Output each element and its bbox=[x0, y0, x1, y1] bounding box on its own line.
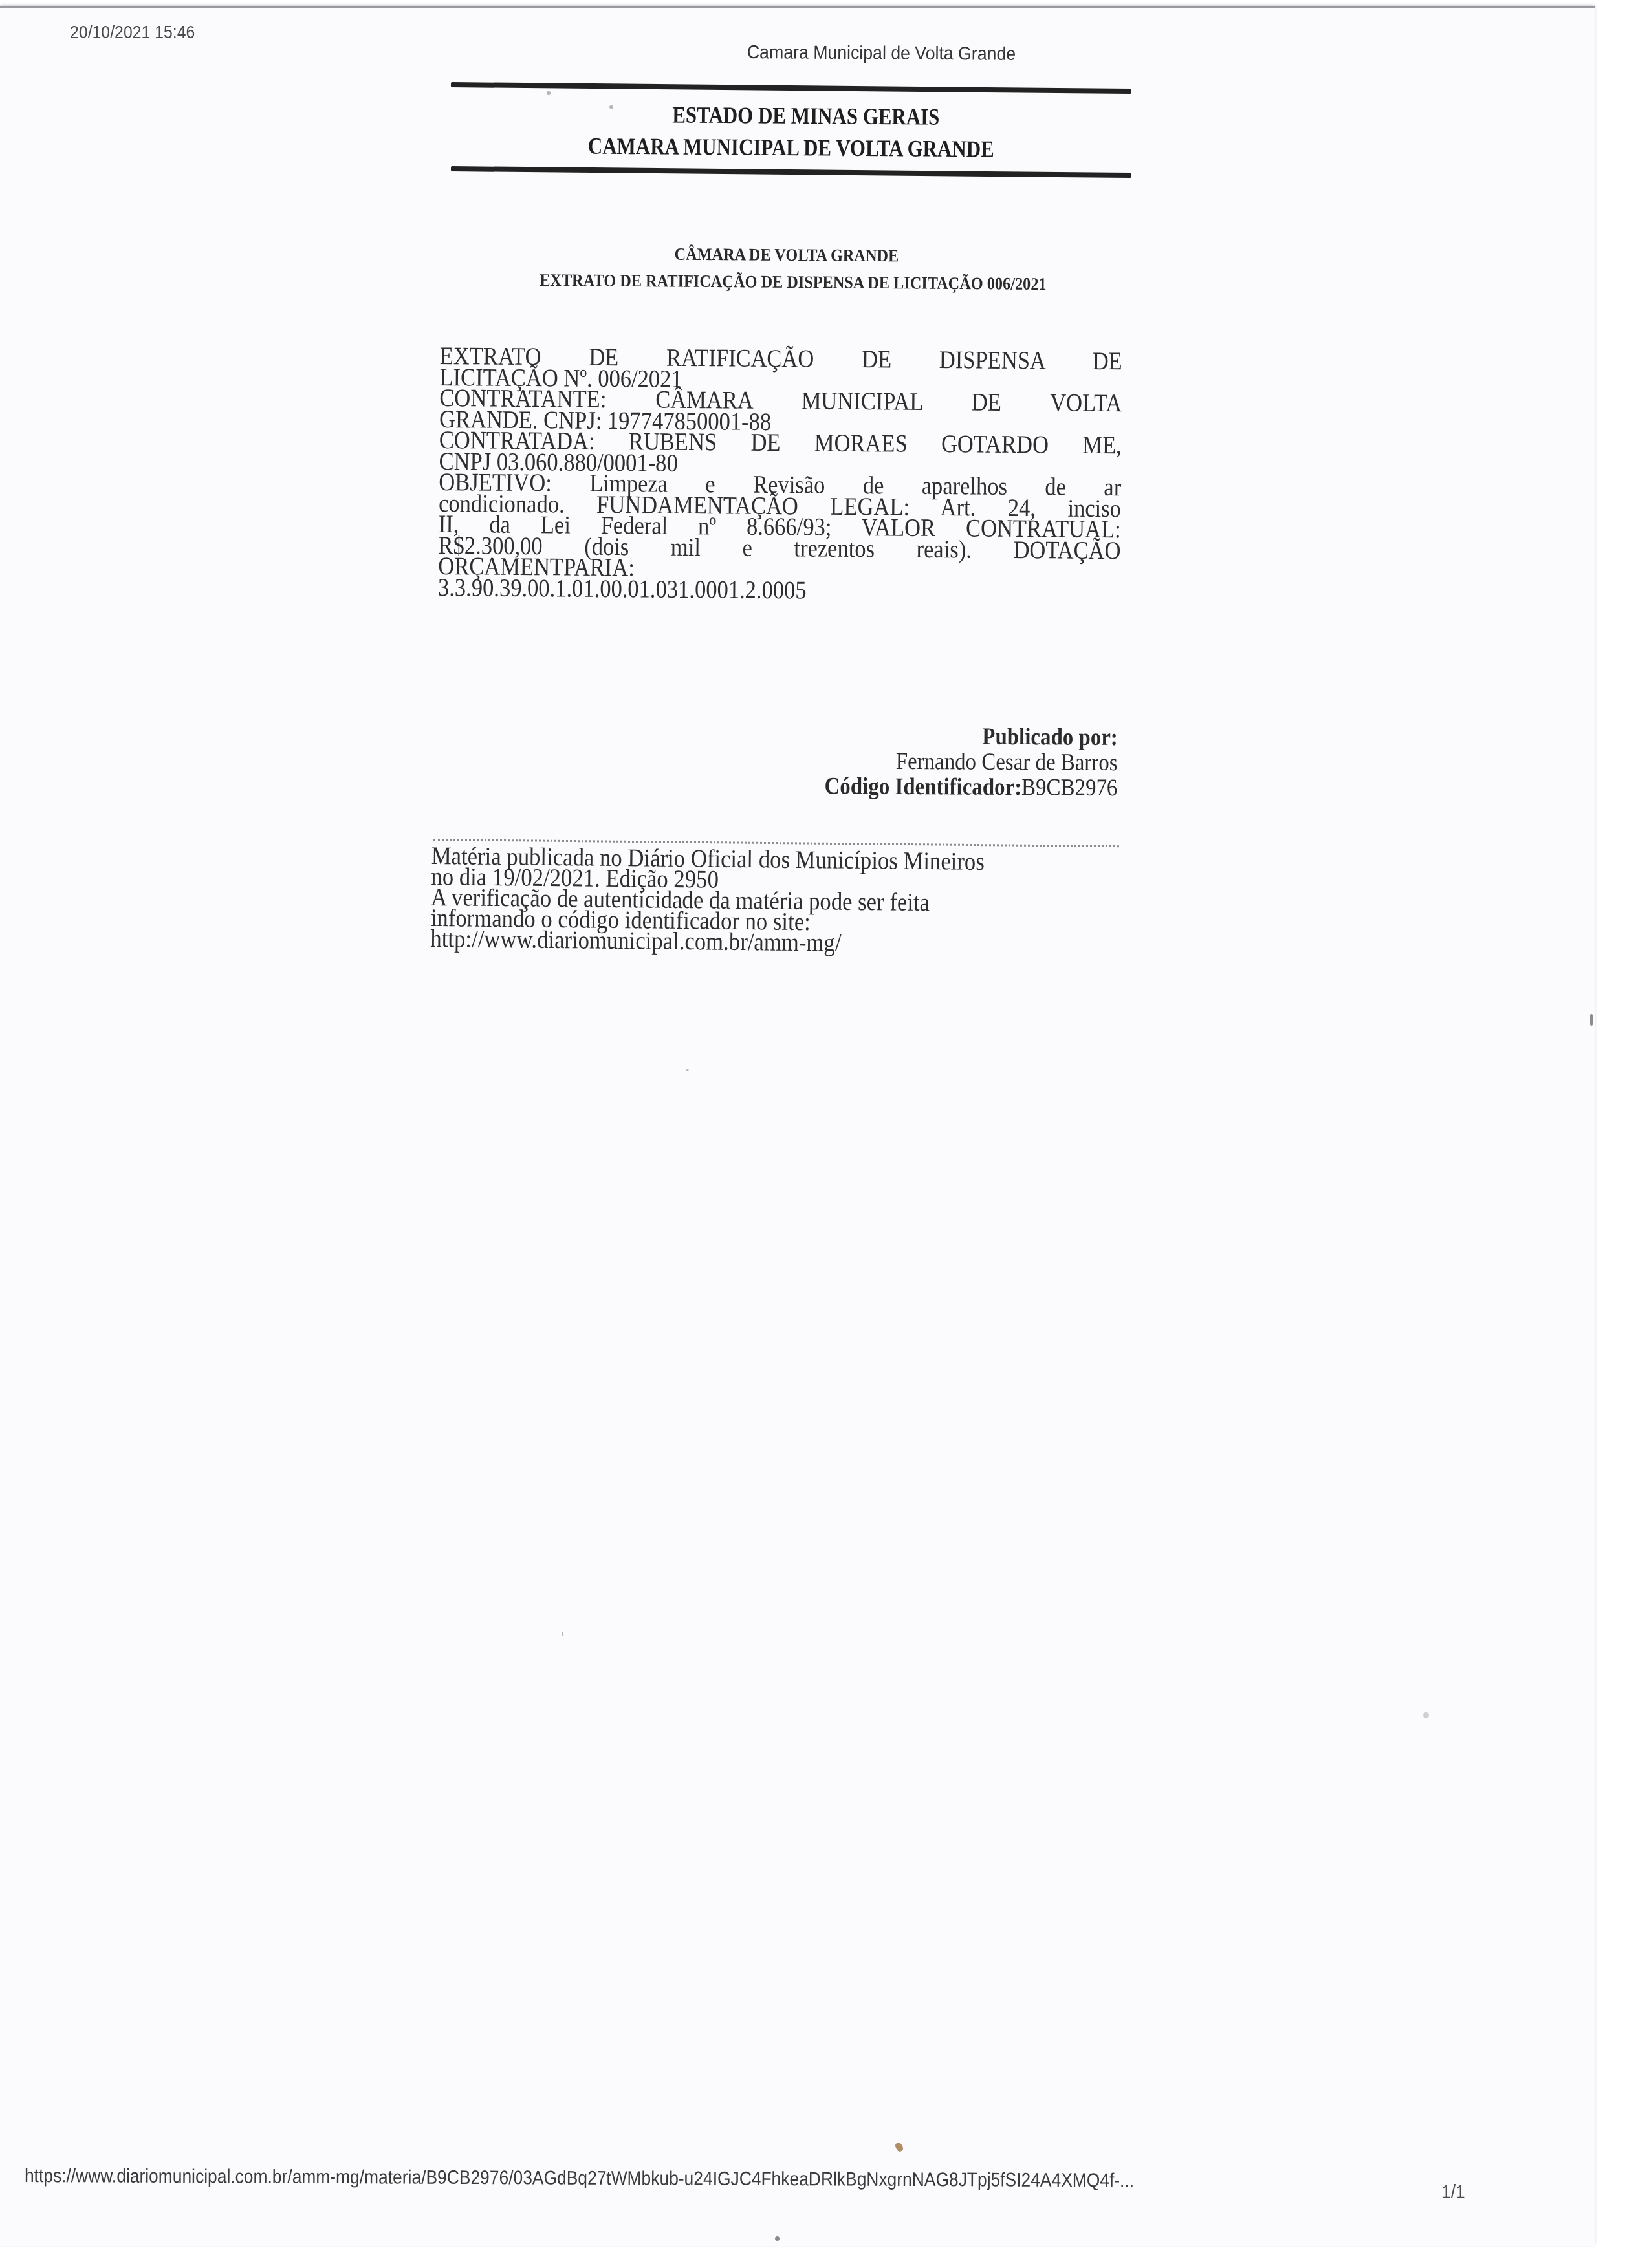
document-heading-entity: CÂMARA DE VOLTA GRANDE bbox=[480, 244, 1093, 266]
identifier-code-label: Código Identificador: bbox=[824, 773, 1021, 801]
document-heading-title: EXTRATO DE RATIFICAÇÃO DE DISPENSA DE LI… bbox=[486, 271, 1099, 293]
print-header-site-title: Camara Municipal de Volta Grande bbox=[747, 42, 1016, 65]
signature-block: Publicado por: Fernando Cesar de Barros … bbox=[756, 723, 1118, 801]
masthead-chamber: CAMARA MUNICIPAL DE VOLTA GRANDE bbox=[498, 133, 1084, 161]
scanned-page: 20/10/2021 15:46 Camara Municipal de Vol… bbox=[0, 6, 1595, 2246]
published-by-label: Publicado por: bbox=[756, 723, 1118, 750]
body-line: 3.3.90.39.00.1.01.00.01.031.0001.2.0005 bbox=[438, 577, 1120, 603]
publication-note: Matéria publicada no Diário Oficial dos … bbox=[430, 846, 1122, 956]
identifier-code: Código Identificador:B9CB2976 bbox=[756, 773, 1117, 801]
scan-speck bbox=[686, 1069, 689, 1071]
scan-speck bbox=[562, 1632, 563, 1636]
document-body: EXTRATO DE RATIFICAÇÃO DE DISPENSA DE LI… bbox=[438, 346, 1044, 603]
scan-speck bbox=[1423, 1712, 1429, 1718]
scan-speck bbox=[894, 2141, 904, 2152]
masthead-state: ESTADO DE MINAS GERAIS bbox=[513, 102, 1098, 129]
scan-speck bbox=[547, 91, 551, 95]
scan-speck bbox=[775, 2236, 780, 2241]
print-footer-url: https://www.diariomunicipal.com.br/amm-m… bbox=[25, 2165, 1134, 2192]
scan-speck bbox=[1590, 1014, 1593, 1026]
published-by-name: Fernando Cesar de Barros bbox=[756, 748, 1118, 775]
print-header-datetime: 20/10/2021 15:46 bbox=[70, 23, 195, 43]
print-footer-page-indicator: 1/1 bbox=[1441, 2181, 1465, 2203]
scan-speck bbox=[609, 105, 613, 109]
masthead-bottom-rule bbox=[451, 166, 1131, 178]
masthead-top-rule bbox=[451, 82, 1131, 94]
identifier-code-value: B9CB2976 bbox=[1021, 774, 1117, 801]
